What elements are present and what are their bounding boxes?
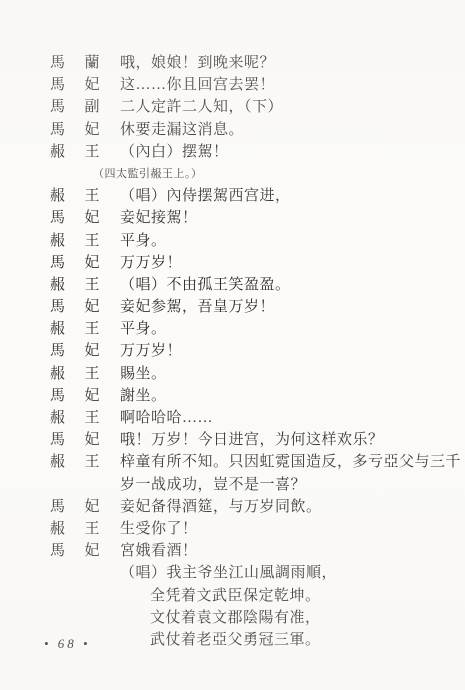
speaker-name: 馬妃 [50, 296, 100, 318]
script-line: 馬妃妾妃备得酒筵，与万岁同飲。 [0, 496, 465, 518]
speaker-char: 馬 [50, 74, 66, 96]
speaker-name: 赧王 [50, 230, 100, 252]
dialogue-text: 万万岁！ [120, 340, 182, 362]
speaker-char: 妃 [84, 207, 100, 229]
script-line: 馬妃休要走漏这消息。 [0, 119, 465, 141]
speaker-name: 赧王 [50, 363, 100, 385]
speaker-name: 赧王 [50, 407, 100, 429]
script-line: 赧王賜坐。 [0, 363, 465, 385]
dialogue-text: 妾妃参駕，吾皇万岁！ [120, 296, 275, 318]
script-line: 馬妃万万岁！ [0, 340, 465, 362]
script-lines: 馬蘭哦，娘娘！到晚来呢？馬妃这……你且回宫去罢！馬副二人定許二人知，（下）馬妃休… [0, 52, 465, 651]
speaker-char: 赧 [50, 230, 66, 252]
script-line: 馬妃万万岁！ [0, 252, 465, 274]
dialogue-text: 万万岁！ [120, 252, 182, 274]
speaker-char: 王 [84, 518, 100, 540]
speaker-char: 馬 [50, 296, 66, 318]
script-line: 馬妃妾妃参駕，吾皇万岁！ [0, 296, 465, 318]
script-line: 全凭着文武臣保定乾坤。 [0, 585, 465, 607]
script-line: 赧王（內白）摆駕！ [0, 141, 465, 163]
speaker-name: 馬妃 [50, 385, 100, 407]
dialogue-text: 岁一战成功，豈不是一喜？ [120, 474, 306, 496]
speaker-name: 馬蘭 [50, 52, 100, 74]
speaker-char: 妃 [84, 540, 100, 562]
speaker-char: 馬 [50, 429, 66, 451]
script-page: 馬蘭哦，娘娘！到晚来呢？馬妃这……你且回宫去罢！馬副二人定許二人知，（下）馬妃休… [0, 0, 465, 690]
speaker-char: 赧 [50, 318, 66, 340]
speaker-name: 赧王 [50, 141, 100, 163]
speaker-char: 馬 [50, 119, 66, 141]
speaker-char: 副 [84, 96, 100, 118]
speaker-char: 馬 [50, 340, 66, 362]
speaker-name: 馬妃 [50, 252, 100, 274]
speaker-char: 王 [84, 274, 100, 296]
script-line: 赧王（唱）不由孤王笑盈盈。 [0, 274, 465, 296]
dialogue-text: 平身。 [120, 230, 167, 252]
speaker-char: 妃 [84, 296, 100, 318]
dialogue-text: 妾妃备得酒筵，与万岁同飲。 [120, 496, 322, 518]
speaker-name: 馬副 [50, 96, 100, 118]
script-line: 赧王生受你了！ [0, 518, 465, 540]
speaker-char: 赧 [50, 141, 66, 163]
speaker-char: 赧 [50, 363, 66, 385]
speaker-name: 赧王 [50, 318, 100, 340]
dialogue-text: 这……你且回宫去罢！ [120, 74, 275, 96]
dialogue-text: 武仗着老亞父勇冠三軍。 [150, 629, 321, 651]
speaker-char: 妃 [84, 340, 100, 362]
dialogue-text: 哦！万岁！今日进宫，为何这样欢乐？ [120, 429, 384, 451]
dialogue-text: 文仗着袁文郡陰陽有准， [150, 607, 321, 629]
script-line: 馬副二人定許二人知，（下） [0, 96, 465, 118]
speaker-char: 妃 [84, 385, 100, 407]
script-line: 赧王平身。 [0, 318, 465, 340]
speaker-char: 王 [84, 407, 100, 429]
dialogue-text: 二人定許二人知，（下） [120, 96, 283, 118]
speaker-name: 赧王 [50, 451, 100, 473]
dialogue-text: 平身。 [120, 318, 167, 340]
script-line: 赧王梓童有所不知。只因虹霓国造反，多亏亞父与三千 [0, 451, 465, 473]
script-line: 馬妃謝坐。 [0, 385, 465, 407]
dialogue-text: 妾妃接駕！ [120, 207, 198, 229]
speaker-char: 馬 [50, 252, 66, 274]
dialogue-text: 哦，娘娘！到晚来呢？ [120, 52, 275, 74]
script-line: （四太監引赧王上。） [0, 163, 465, 185]
speaker-char: 王 [84, 230, 100, 252]
speaker-char: 妃 [84, 119, 100, 141]
dialogue-text: 謝坐。 [120, 385, 167, 407]
speaker-name: 馬妃 [50, 119, 100, 141]
speaker-char: 妃 [84, 74, 100, 96]
speaker-char: 馬 [50, 385, 66, 407]
speaker-char: 妃 [84, 429, 100, 451]
speaker-name: 馬妃 [50, 429, 100, 451]
speaker-name: 馬妃 [50, 540, 100, 562]
dialogue-text: 休要走漏这消息。 [120, 119, 244, 141]
speaker-name: 赧王 [50, 274, 100, 296]
speaker-char: 王 [84, 451, 100, 473]
stage-direction: （四太監引赧王上。） [93, 163, 203, 185]
speaker-char: 蘭 [84, 52, 100, 74]
dialogue-text: （內白）摆駕！ [120, 141, 229, 163]
speaker-char: 赧 [50, 518, 66, 540]
speaker-char: 妃 [84, 496, 100, 518]
speaker-char: 馬 [50, 496, 66, 518]
script-line: 文仗着袁文郡陰陽有准， [0, 607, 465, 629]
script-line: 赧王平身。 [0, 230, 465, 252]
speaker-char: 王 [84, 185, 100, 207]
speaker-name: 馬妃 [50, 74, 100, 96]
speaker-name: 馬妃 [50, 496, 100, 518]
speaker-char: 王 [84, 363, 100, 385]
dialogue-text: （唱）不由孤王笑盈盈。 [120, 274, 291, 296]
script-line: 赧王（唱）內侍摆駕西宫进， [0, 185, 465, 207]
dialogue-text: 梓童有所不知。只因虹霓国造反，多亏亞父与三千 [120, 451, 461, 473]
script-line: （唱）我主爷坐江山風調雨順， [0, 562, 465, 584]
dialogue-text: 宮娥看酒！ [120, 540, 198, 562]
speaker-char: 馬 [50, 52, 66, 74]
dialogue-text: 生受你了！ [120, 518, 198, 540]
dialogue-text: 賜坐。 [120, 363, 167, 385]
speaker-char: 王 [84, 141, 100, 163]
dialogue-text: 啊哈哈哈…… [120, 407, 213, 429]
script-line: 馬妃宮娥看酒！ [0, 540, 465, 562]
speaker-name: 赧王 [50, 518, 100, 540]
speaker-char: 王 [84, 318, 100, 340]
script-line: 馬妃哦！万岁！今日进宫，为何这样欢乐？ [0, 429, 465, 451]
dialogue-text: 全凭着文武臣保定乾坤。 [150, 585, 321, 607]
page-number: • 68 • [44, 636, 91, 652]
speaker-char: 赧 [50, 451, 66, 473]
dialogue-text: （唱）我主爷坐江山風調雨順， [120, 562, 337, 584]
speaker-char: 馬 [50, 96, 66, 118]
script-line: 赧王啊哈哈哈…… [0, 407, 465, 429]
speaker-char: 赧 [50, 407, 66, 429]
speaker-char: 馬 [50, 540, 66, 562]
speaker-name: 馬妃 [50, 207, 100, 229]
speaker-char: 妃 [84, 252, 100, 274]
script-line: 馬妃妾妃接駕！ [0, 207, 465, 229]
speaker-char: 赧 [50, 274, 66, 296]
script-line: 馬蘭哦，娘娘！到晚来呢？ [0, 52, 465, 74]
dialogue-text: （唱）內侍摆駕西宫进， [120, 185, 291, 207]
speaker-name: 赧王 [50, 185, 100, 207]
speaker-name: 馬妃 [50, 340, 100, 362]
script-line: 岁一战成功，豈不是一喜？ [0, 474, 465, 496]
speaker-char: 馬 [50, 207, 66, 229]
speaker-char: 赧 [50, 185, 66, 207]
script-line: 馬妃这……你且回宫去罢！ [0, 74, 465, 96]
